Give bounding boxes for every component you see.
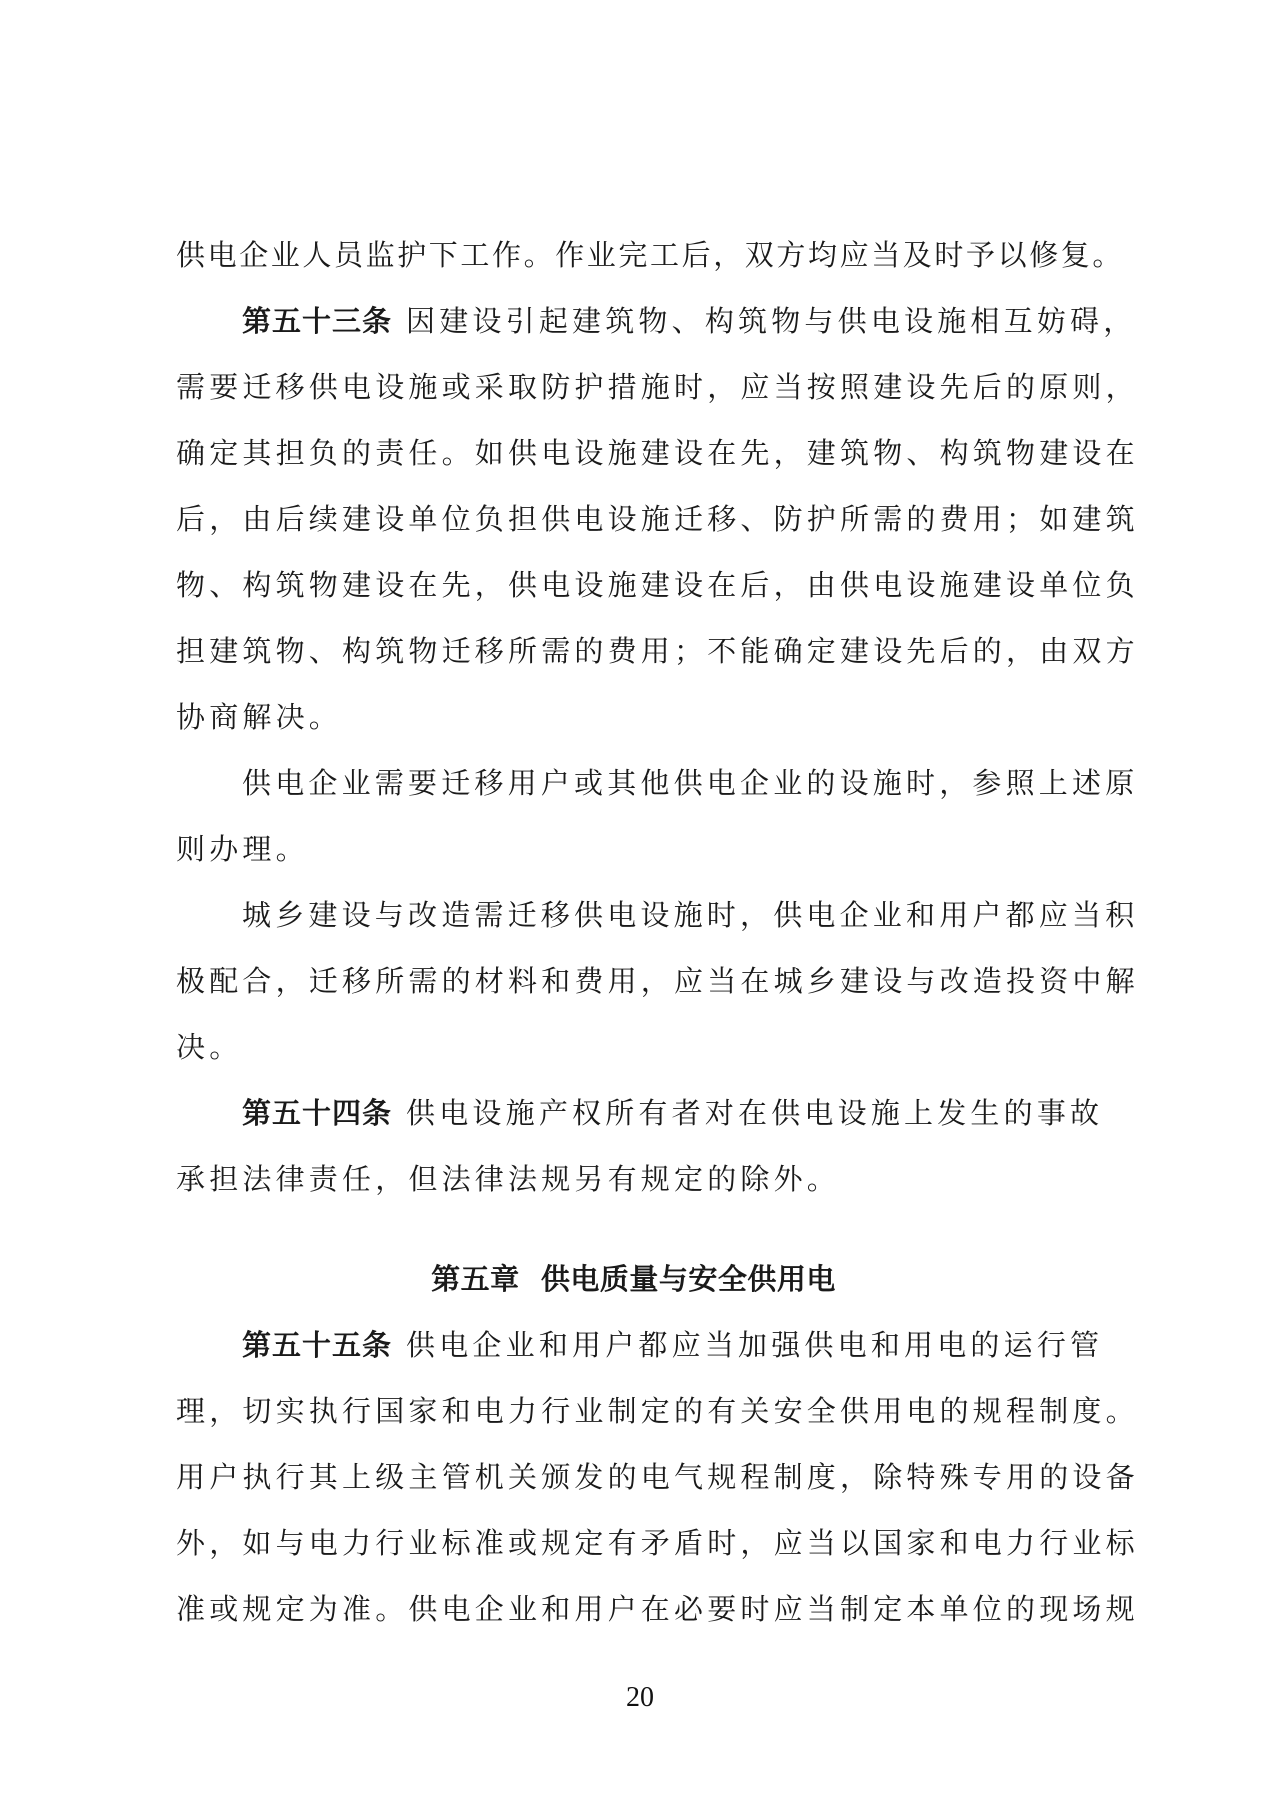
- article-55-label: 第五十五条: [242, 1328, 392, 1362]
- article-53-text: 因建设引起建筑物、构筑物与供电设施相互妨碍，: [406, 304, 1136, 338]
- article-55-line: 用户执行其上级主管机关颁发的电气规程制度，除特殊专用的设备: [176, 1444, 1111, 1510]
- article-54-first-line: 第五十四条供电设施产权所有者对在供电设施上发生的事故: [176, 1080, 1111, 1146]
- paragraph-migrate-line: 则办理。: [176, 816, 1111, 882]
- article-53-first-line: 第五十三条因建设引起建筑物、构筑物与供电设施相互妨碍，: [176, 288, 1111, 354]
- article-54-line: 承担法律责任，但法律法规另有规定的除外。: [176, 1146, 1111, 1212]
- article-55-line: 准或规定为准。供电企业和用户在必要时应当制定本单位的现场规: [176, 1576, 1111, 1642]
- article-53-line: 协商解决。: [176, 684, 1111, 750]
- article-53-label: 第五十三条: [242, 304, 392, 338]
- section-spacer: [176, 1212, 1111, 1246]
- article-55-line: 理，切实执行国家和电力行业制定的有关安全供用电的规程制度。: [176, 1378, 1111, 1444]
- article-53-line: 担建筑物、构筑物迁移所需的费用；不能确定建设先后的，由双方: [176, 618, 1111, 684]
- article-54-text: 供电设施产权所有者对在供电设施上发生的事故: [406, 1096, 1103, 1130]
- article-54-label: 第五十四条: [242, 1096, 392, 1130]
- continuation-line: 供电企业人员监护下工作。作业完工后，双方均应当及时予以修复。: [176, 222, 1111, 288]
- chapter-heading: 第五章 供电质量与安全供用电: [156, 1246, 1111, 1312]
- article-53-line: 确定其担负的责任。如供电设施建设在先，建筑物、构筑物建设在: [176, 420, 1111, 486]
- document-page: 供电企业人员监护下工作。作业完工后，双方均应当及时予以修复。 第五十三条因建设引…: [0, 0, 1280, 1810]
- article-55-line: 外，如与电力行业标准或规定有矛盾时，应当以国家和电力行业标: [176, 1510, 1111, 1576]
- article-53-line: 物、构筑物建设在先，供电设施建设在后，由供电设施建设单位负: [176, 552, 1111, 618]
- article-53-line: 需要迁移供电设施或采取防护措施时，应当按照建设先后的原则，: [176, 354, 1111, 420]
- article-53-line: 后，由后续建设单位负担供电设施迁移、防护所需的费用；如建筑: [176, 486, 1111, 552]
- body-text: 供电企业人员监护下工作。作业完工后，双方均应当及时予以修复。 第五十三条因建设引…: [176, 222, 1111, 1642]
- paragraph-urban-line: 极配合，迁移所需的材料和费用，应当在城乡建设与改造投资中解: [176, 948, 1111, 1014]
- page-number: 20: [0, 1682, 1280, 1714]
- article-55-text: 供电企业和用户都应当加强供电和用电的运行管: [406, 1328, 1103, 1362]
- paragraph-migrate-first-line: 供电企业需要迁移用户或其他供电企业的设施时，参照上述原: [176, 750, 1111, 816]
- article-55-first-line: 第五十五条供电企业和用户都应当加强供电和用电的运行管: [176, 1312, 1111, 1378]
- paragraph-urban-first-line: 城乡建设与改造需迁移供电设施时，供电企业和用户都应当积: [176, 882, 1111, 948]
- paragraph-urban-line: 决。: [176, 1014, 1111, 1080]
